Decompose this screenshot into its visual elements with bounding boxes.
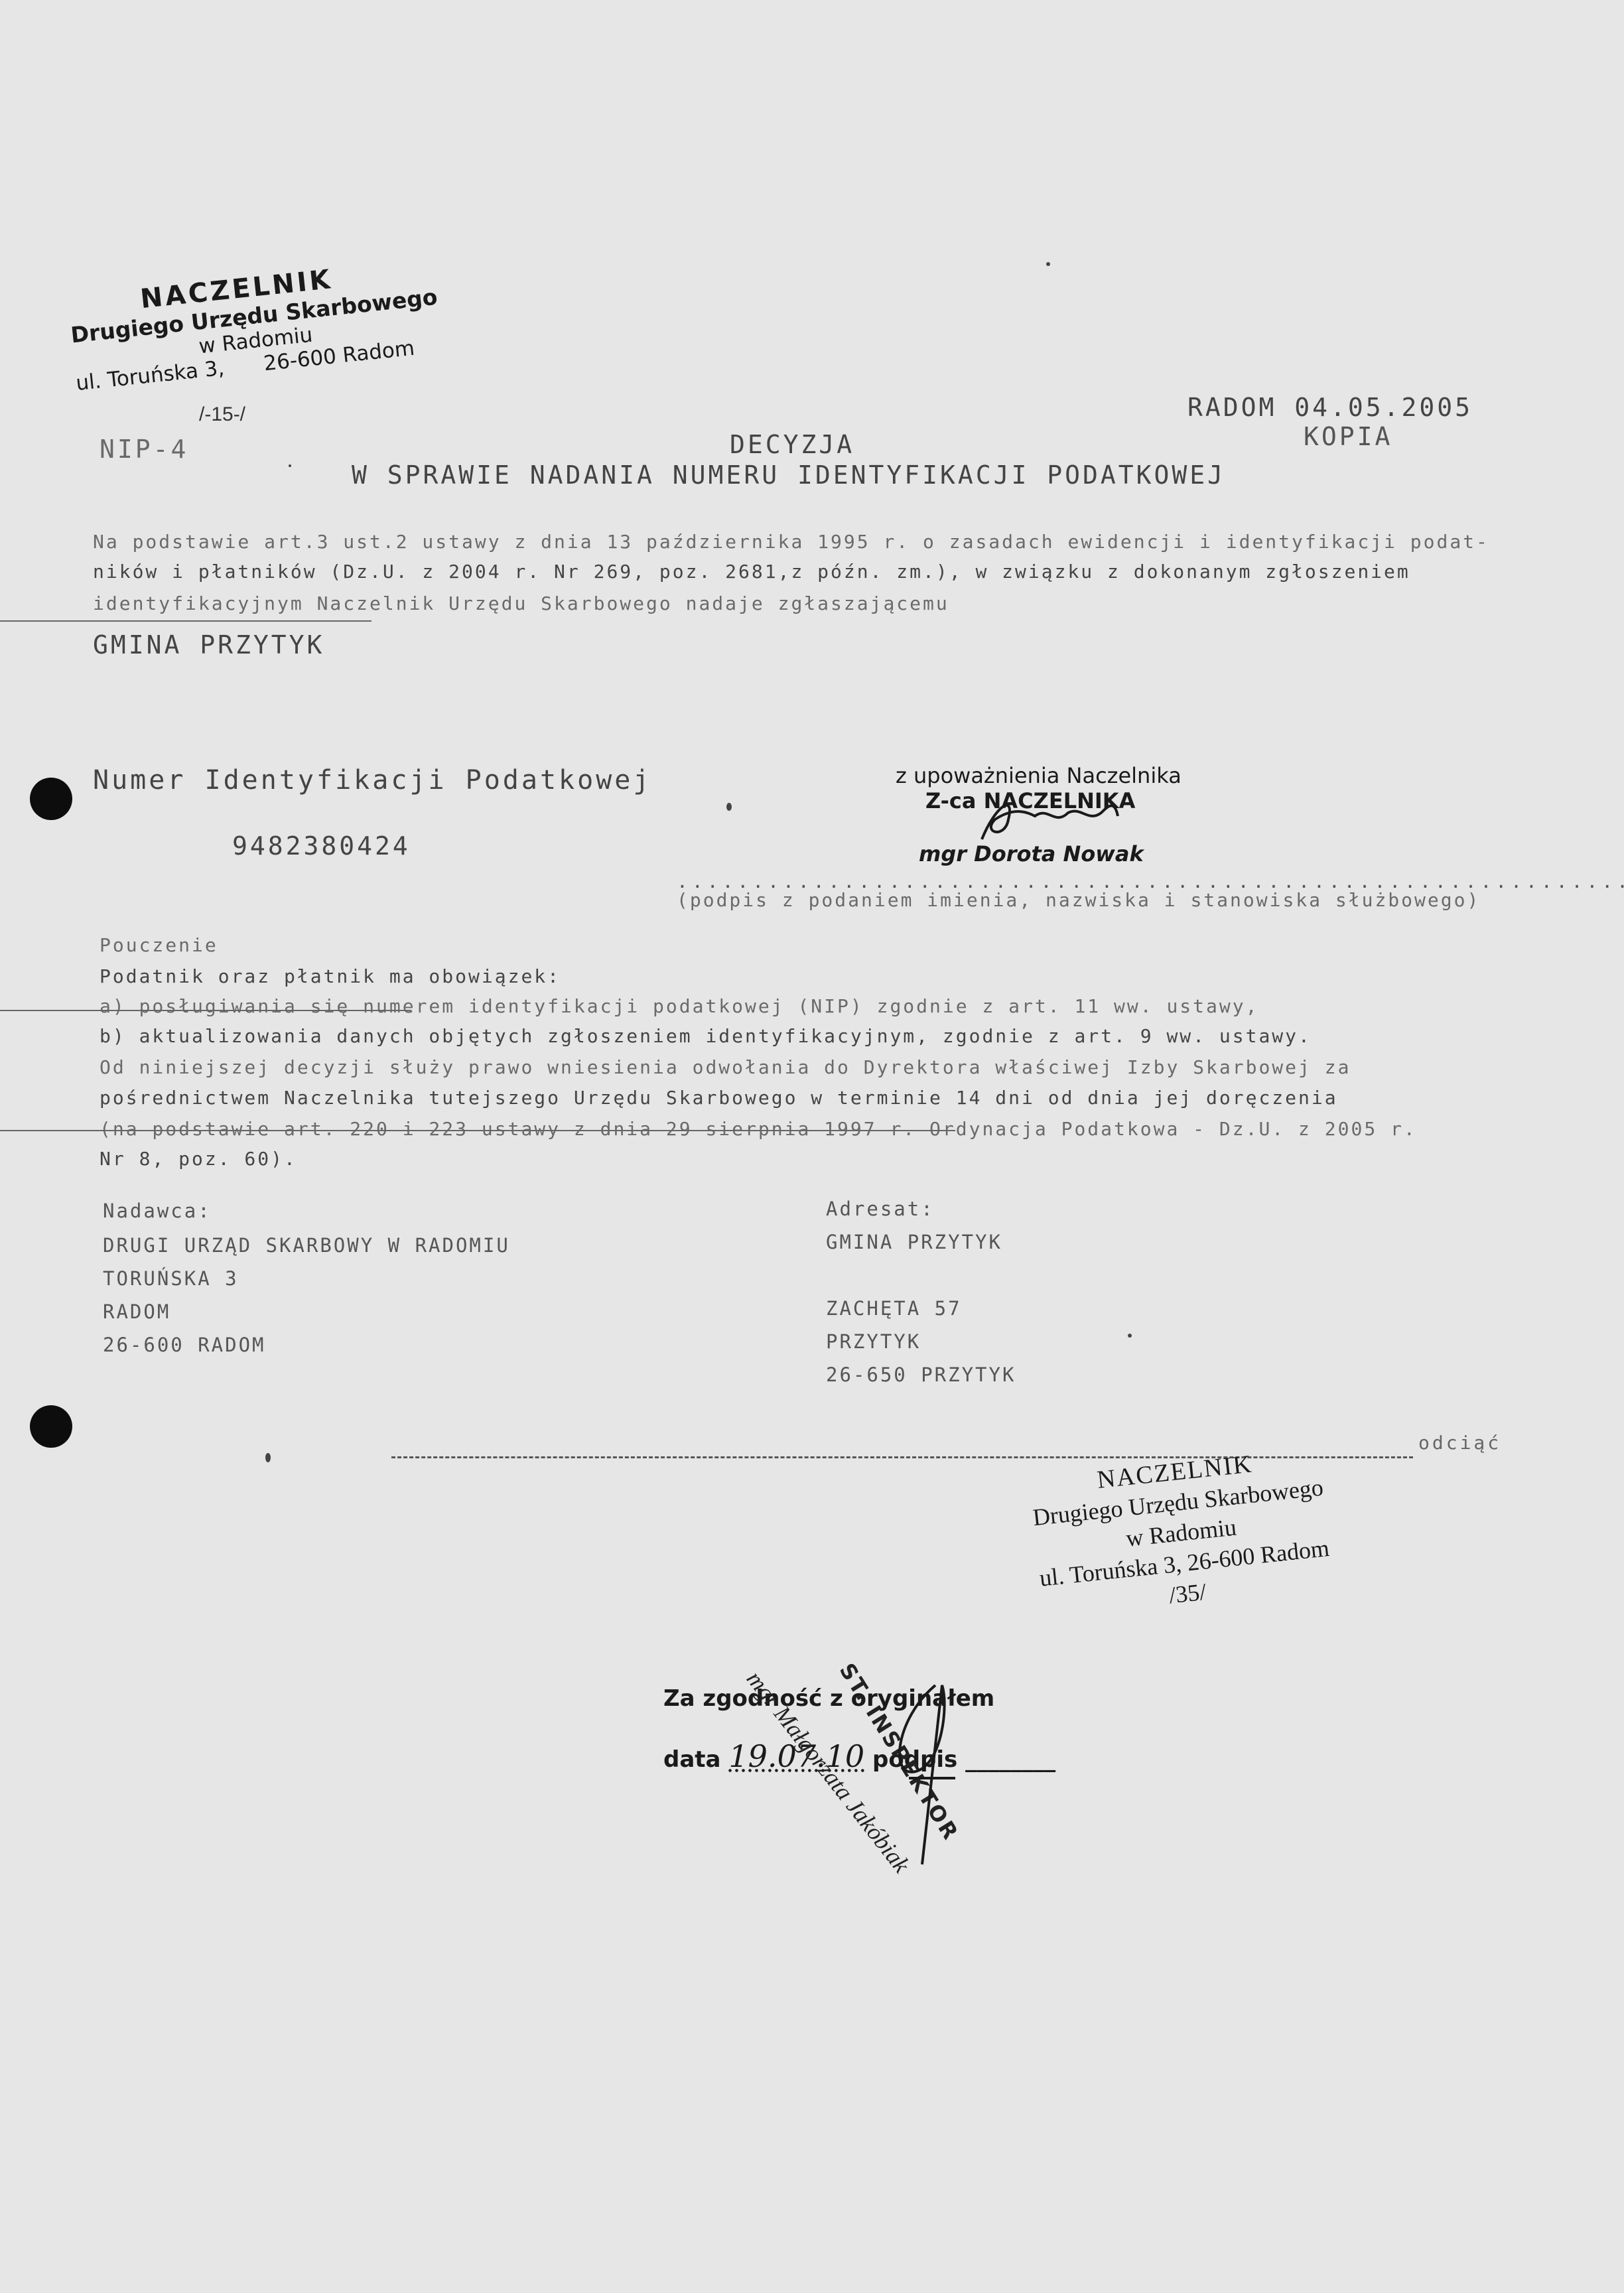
instructions-line: Nr 8, poz. 60). [100,1148,297,1170]
recipient-label: Adresat: [826,1198,935,1220]
instructions-line: Od niniejszej decyzji służy prawo wniesi… [100,1056,1351,1078]
instructions-line: a) posługiwania się numerem identyfikacj… [100,995,1258,1017]
recipient-line: ZACHĘTA 57 [826,1297,962,1320]
cut-label: odciąć [1418,1432,1501,1454]
speck [1128,1334,1132,1338]
document-title: DECYZJA [730,430,854,459]
speck [726,803,732,811]
form-code: NIP-4 [100,435,188,464]
punch-hole-top [30,778,72,820]
taxpayer-name: GMINA PRZYTYK [93,630,324,660]
nip-label: Numer Identyfikacji Podatkowej [93,765,651,796]
nip-value: 9482380424 [232,831,411,861]
recipient-line: 26-650 PRZYTYK [826,1363,1016,1386]
speck [265,1453,271,1462]
signature-caption: (podpis z podaniem imienia, nazwiska i s… [677,889,1480,911]
legal-basis-line: Na podstawie art.3 ust.2 ustawy z dnia 1… [93,531,1489,553]
office-stamp-bottom: NACZELNIK Drugiego Urzędu Skarbowego w R… [988,1437,1374,1628]
scan-line [0,1130,955,1131]
sender-line: RADOM [103,1300,170,1323]
office-stamp-top: NACZELNIK Drugiego Urzędu Skarbowego w R… [66,253,444,395]
legal-basis-line: identyfikacyjnym Naczelnik Urzędu Skarbo… [93,592,949,614]
document-reference: /-15-/ [199,403,245,426]
speck [289,464,291,467]
sender-line: 26-600 RADOM [103,1334,266,1356]
punch-hole-bottom [30,1405,72,1448]
recipient-line: PRZYTYK [826,1330,921,1353]
instructions-line: Podatnik oraz płatnik ma obowiązek: [100,965,561,987]
instructions-line: b) aktualizowania danych objętych zgłosz… [100,1025,1312,1047]
stamp-street: ul. Toruńska 3, [75,356,226,395]
handwritten-signature [975,793,1148,846]
instructions-line: (na podstawie art. 220 i 223 ustawy z dn… [100,1118,1417,1140]
legal-basis-line: ników i płatników (Dz.U. z 2004 r. Nr 26… [93,561,1410,583]
place-date: RADOM 04.05.2005 [1187,393,1473,422]
recipient-line: GMINA PRZYTYK [826,1231,1002,1253]
sender-label: Nadawca: [103,1200,212,1222]
copy-label: KOPIA [1304,422,1392,451]
sender-line: TORUŃSKA 3 [103,1267,239,1290]
scan-line [0,620,372,622]
certification-date-label: data [663,1746,720,1773]
certification-sign-line: ________ [965,1746,1055,1773]
document-subtitle: W SPRAWIE NADANIA NUMERU IDENTYFIKACJI P… [352,460,1225,490]
instructions-heading: Pouczenie [100,934,218,956]
signature-authority: z upoważnienia Naczelnika [896,763,1182,788]
certification-date-row: data 19.07.10 podpis ________ [663,1738,1055,1774]
sender-line: DRUGI URZĄD SKARBOWY W RADOMIU [103,1234,510,1257]
scan-line [0,1010,411,1011]
speck [1046,262,1050,266]
handwritten-initial [882,1679,962,1871]
instructions-line: pośrednictwem Naczelnika tutejszego Urzę… [100,1087,1338,1109]
